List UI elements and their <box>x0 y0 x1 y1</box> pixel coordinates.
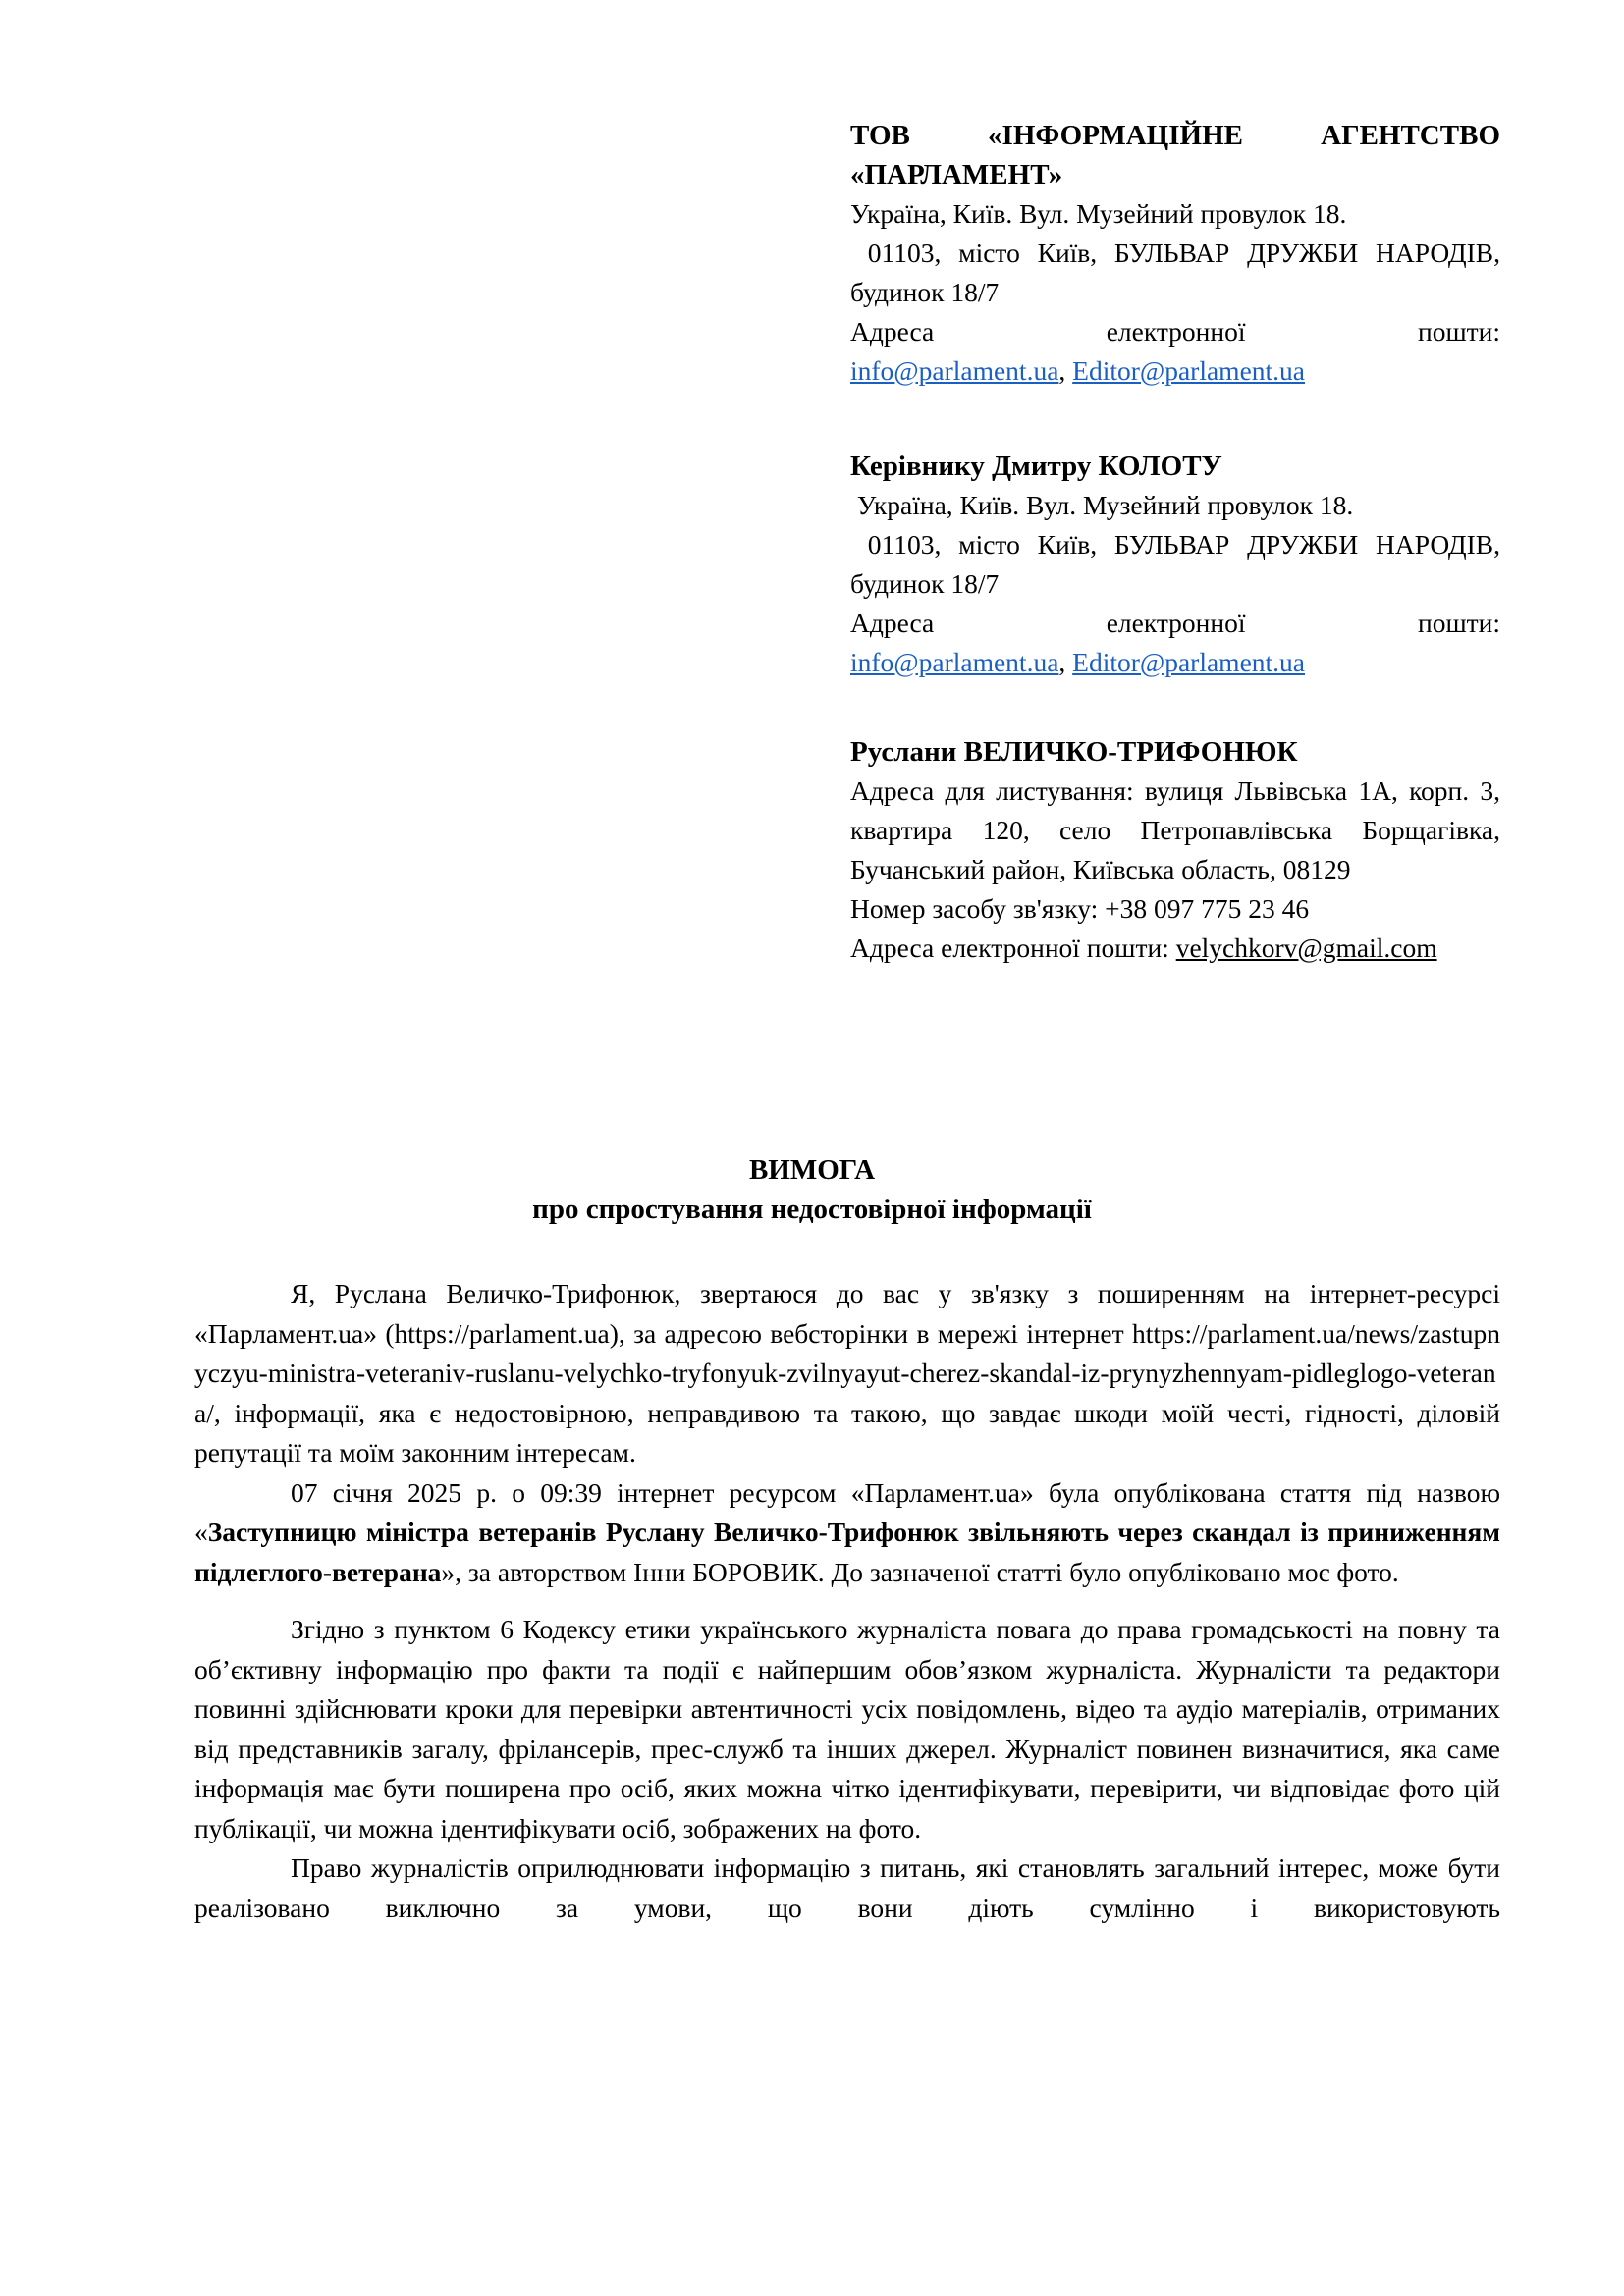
recipient-head-address-2: 01103, місто Київ, БУЛЬВАР ДРУЖБИ НАРОДІ… <box>850 525 1500 604</box>
document-page: ТОВ «ІНФОРМАЦІЙНЕ АГЕНТСТВО «ПАРЛАМЕНТ» … <box>0 0 1624 2296</box>
document-title: ВИМОГА <box>0 1150 1624 1190</box>
document-title-block: ВИМОГА про спростування недостовірної ін… <box>0 1150 1624 1229</box>
paragraph-2-rest: », за авторством Інни БОРОВИК. До зазнач… <box>441 1557 1398 1587</box>
recipient-head-name: Керівнику Дмитру КОЛОТУ <box>850 447 1500 486</box>
sender-email-line: Адреса електронної пошти: velychkorv@gma… <box>850 929 1500 968</box>
paragraph-3: Згідно з пунктом 6 Кодексу етики українс… <box>194 1610 1500 1848</box>
sender-email-label: Адреса електронної пошти: <box>850 933 1176 963</box>
email-link-editor[interactable]: Editor@parlament.ua <box>1072 355 1305 386</box>
sender-postal-address: Адреса для листування: вулиця Львівська … <box>850 772 1500 889</box>
recipient-agency-emails: info@parlament.ua, Editor@parlament.ua <box>850 351 1500 391</box>
recipient-agency-email-label: Адреса електронної пошти: <box>850 312 1500 351</box>
sender-phone: Номер засобу зв'язку: +38 097 775 23 46 <box>850 889 1500 929</box>
recipient-agency-block: ТОВ «ІНФОРМАЦІЙНЕ АГЕНТСТВО «ПАРЛАМЕНТ» … <box>850 116 1500 391</box>
paragraph-4: Право журналістів оприлюднювати інформац… <box>194 1848 1500 1928</box>
document-body: Я, Руслана Величко-Трифонюк, звертаюся д… <box>194 1274 1500 1928</box>
email-link-info[interactable]: info@parlament.ua <box>850 355 1058 386</box>
recipient-head-address-1: Україна, Київ. Вул. Музейний провулок 18… <box>850 486 1500 525</box>
email-link-editor[interactable]: Editor@parlament.ua <box>1072 647 1305 677</box>
recipient-head-block: Керівнику Дмитру КОЛОТУ Україна, Київ. В… <box>850 447 1500 682</box>
sender-email-link[interactable]: velychkorv@gmail.com <box>1176 933 1437 963</box>
recipient-head-emails: info@parlament.ua, Editor@parlament.ua <box>850 643 1500 682</box>
document-subtitle: про спростування недостовірної інформаці… <box>0 1190 1624 1229</box>
recipient-head-email-label: Адреса електронної пошти: <box>850 604 1500 643</box>
email-separator: , <box>1058 355 1072 386</box>
sender-name: Руслани ВЕЛИЧКО-ТРИФОНЮК <box>850 732 1500 772</box>
recipient-agency-address-2: 01103, місто Київ, БУЛЬВАР ДРУЖБИ НАРОДІ… <box>850 234 1500 312</box>
recipient-agency-name: ТОВ «ІНФОРМАЦІЙНЕ АГЕНТСТВО «ПАРЛАМЕНТ» <box>850 116 1500 194</box>
sender-block: Руслани ВЕЛИЧКО-ТРИФОНЮК Адреса для лист… <box>850 732 1500 968</box>
recipient-agency-address-1: Україна, Київ. Вул. Музейний провулок 18… <box>850 194 1500 234</box>
paragraph-1: Я, Руслана Величко-Трифонюк, звертаюся д… <box>194 1274 1500 1473</box>
paragraph-2: 07 січня 2025 р. о 09:39 інтернет ресурс… <box>194 1473 1500 1593</box>
email-separator: , <box>1058 647 1072 677</box>
paragraph-1-rest: інформації, яка є недостовірною, неправд… <box>194 1398 1500 1468</box>
email-link-info[interactable]: info@parlament.ua <box>850 647 1058 677</box>
